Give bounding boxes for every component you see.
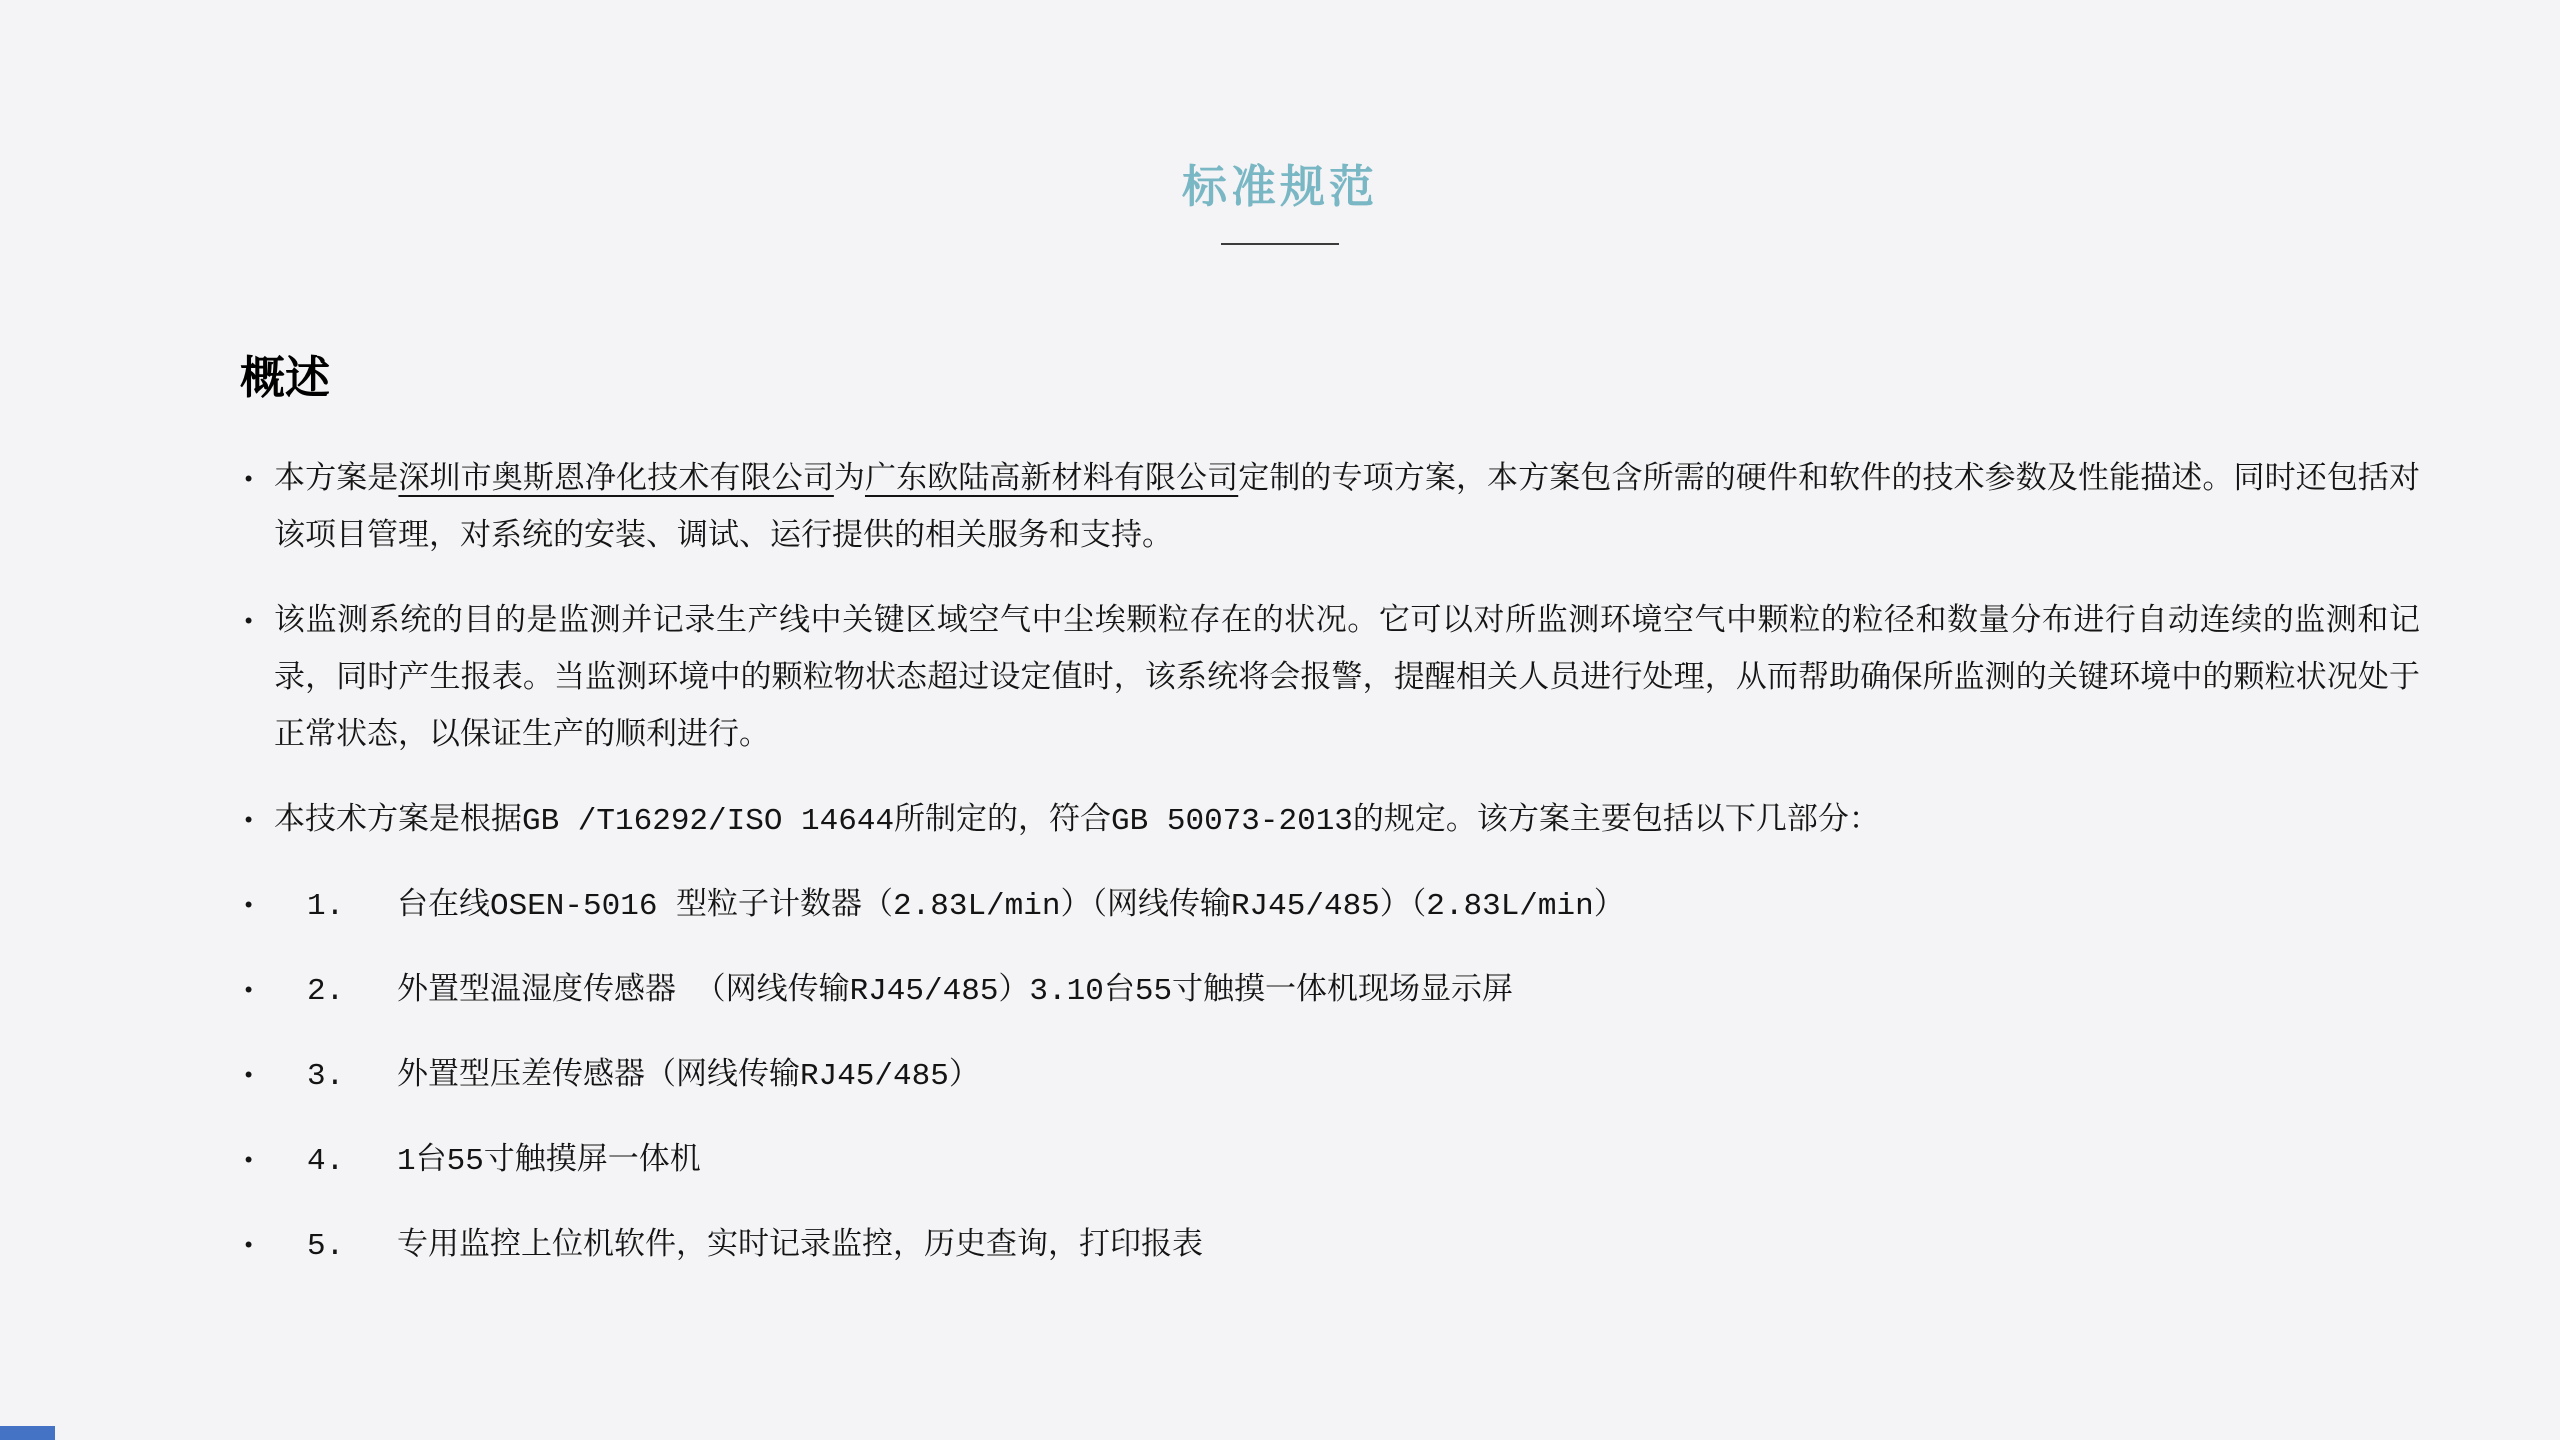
list-item-component-3: • 3.外置型压差传感器（网线传输RJ45/485） <box>240 1048 2420 1105</box>
item-text: 台在线OSEN-5016 型粒子计数器（2.83L/min）（网线传输RJ45/… <box>397 889 1625 924</box>
list-item-component-4: • 4.1台55寸触摸屏一体机 <box>240 1133 2420 1190</box>
bullet-icon: • <box>242 1218 255 1275</box>
bullet-icon: • <box>242 594 255 651</box>
corner-accent-bar <box>0 1426 55 1440</box>
list-item-purpose: • 该监测系统的目的是监测并记录生产线中关键区域空气中尘埃颗粒存在的状况。它可以… <box>240 594 2420 765</box>
slide-page: 标准规范 概述 • 本方案是深圳市奥斯恩净化技术有限公司为广东欧陆高新材料有限公… <box>0 0 2560 1440</box>
text-segment: 为 <box>834 463 865 498</box>
supplier-company-name: 深圳市奥斯恩净化技术有限公司 <box>398 463 833 498</box>
bullet-icon: • <box>242 452 255 509</box>
paragraph-text: 该监测系统的目的是监测并记录生产线中关键区域空气中尘埃颗粒存在的状况。它可以对所… <box>274 605 2420 754</box>
paragraph-text: 本技术方案是根据GB /T16292/ISO 14644所制定的，符合GB 50… <box>274 804 1880 839</box>
bullet-icon: • <box>242 878 255 935</box>
list-item-standards: • 本技术方案是根据GB /T16292/ISO 14644所制定的，符合GB … <box>240 793 2420 850</box>
item-number: 2. <box>307 963 397 1020</box>
list-item-component-5: • 5.专用监控上位机软件，实时记录监控，历史查询，打印报表 <box>240 1218 2420 1275</box>
item-text: 1台55寸触摸屏一体机 <box>397 1144 701 1179</box>
item-text: 外置型压差传感器（网线传输RJ45/485） <box>397 1059 980 1094</box>
bullet-icon: • <box>242 1048 255 1105</box>
item-number: 4. <box>307 1133 397 1190</box>
bullet-icon: • <box>242 1133 255 1190</box>
item-number: 5. <box>307 1218 397 1275</box>
section-heading: 概述 <box>240 341 2420 406</box>
bullet-icon: • <box>242 793 255 850</box>
text-segment: 本方案是 <box>274 463 398 498</box>
item-number: 3. <box>307 1048 397 1105</box>
paragraph-text: 本方案是深圳市奥斯恩净化技术有限公司为广东欧陆高新材料有限公司定制的专项方案，本… <box>274 463 2420 555</box>
page-title: 标准规范 <box>0 0 2560 215</box>
item-number: 1. <box>307 878 397 935</box>
content-area: 概述 • 本方案是深圳市奥斯恩净化技术有限公司为广东欧陆高新材料有限公司定制的专… <box>240 341 2420 1275</box>
bullet-list: • 本方案是深圳市奥斯恩净化技术有限公司为广东欧陆高新材料有限公司定制的专项方案… <box>240 452 2420 1275</box>
title-divider <box>1221 243 1339 245</box>
list-item-component-1: • 1.台在线OSEN-5016 型粒子计数器（2.83L/min）（网线传输R… <box>240 878 2420 935</box>
client-company-name: 广东欧陆高新材料有限公司 <box>865 463 1238 498</box>
item-text: 专用监控上位机软件，实时记录监控，历史查询，打印报表 <box>397 1229 1203 1264</box>
item-text: 外置型温湿度传感器 （网线传输RJ45/485）3.10台55寸触摸一体机现场显… <box>397 974 1513 1009</box>
list-item-component-2: • 2.外置型温湿度传感器 （网线传输RJ45/485）3.10台55寸触摸一体… <box>240 963 2420 1020</box>
list-item-overview: • 本方案是深圳市奥斯恩净化技术有限公司为广东欧陆高新材料有限公司定制的专项方案… <box>240 452 2420 566</box>
bullet-icon: • <box>242 963 255 1020</box>
